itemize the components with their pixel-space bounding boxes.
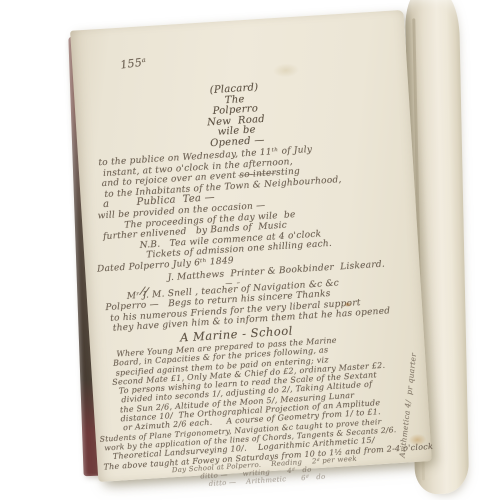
faint-stain [273, 63, 300, 79]
placard-body-block: to the publice on Wednesday, the 11ᵗʰ of… [88, 139, 411, 288]
book-photograph: 155ᵃ (Placard)ThePolperroNew Roadwile be… [0, 0, 500, 500]
photo-background: { "colors": { "background": "#ffffff", "… [0, 0, 500, 500]
marine-school-body-block: Where Young Men are prepared to pass the… [104, 330, 427, 470]
page-number: 155ᵃ [119, 55, 147, 71]
manuscript-page: 155ᵃ (Placard)ThePolperroNew Roadwile be… [70, 10, 432, 482]
